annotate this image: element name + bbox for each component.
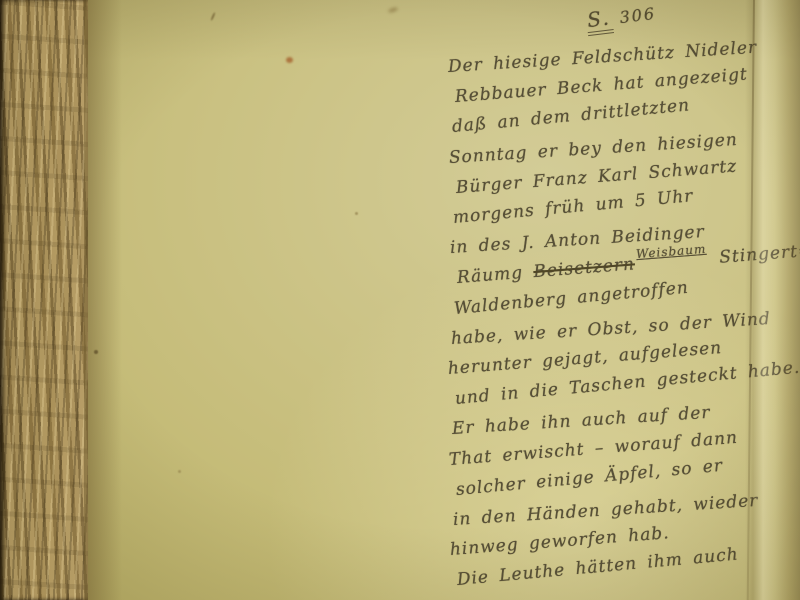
- correction-after: Stingert=: [708, 241, 800, 269]
- binding-shadow: [84, 0, 122, 600]
- handwritten-line: in den Händen gehabt, wieder: [452, 491, 759, 530]
- paper-speck: [355, 212, 358, 215]
- paper-mark: [210, 12, 215, 21]
- foxing-spot: [286, 57, 293, 63]
- struck-word: Beisetzern: [533, 255, 636, 283]
- manuscript-photo: S. 306 Der hiesige Feldschütz NidelerReb…: [0, 0, 800, 600]
- paper-smudge: [388, 7, 399, 14]
- handwritten-text-block: Der hiesige Feldschütz NidelerRebbauer B…: [440, 0, 800, 600]
- correction-before: Räumg: [456, 263, 534, 289]
- book-binding-edge: [0, 0, 88, 600]
- paper-speck: [178, 470, 181, 473]
